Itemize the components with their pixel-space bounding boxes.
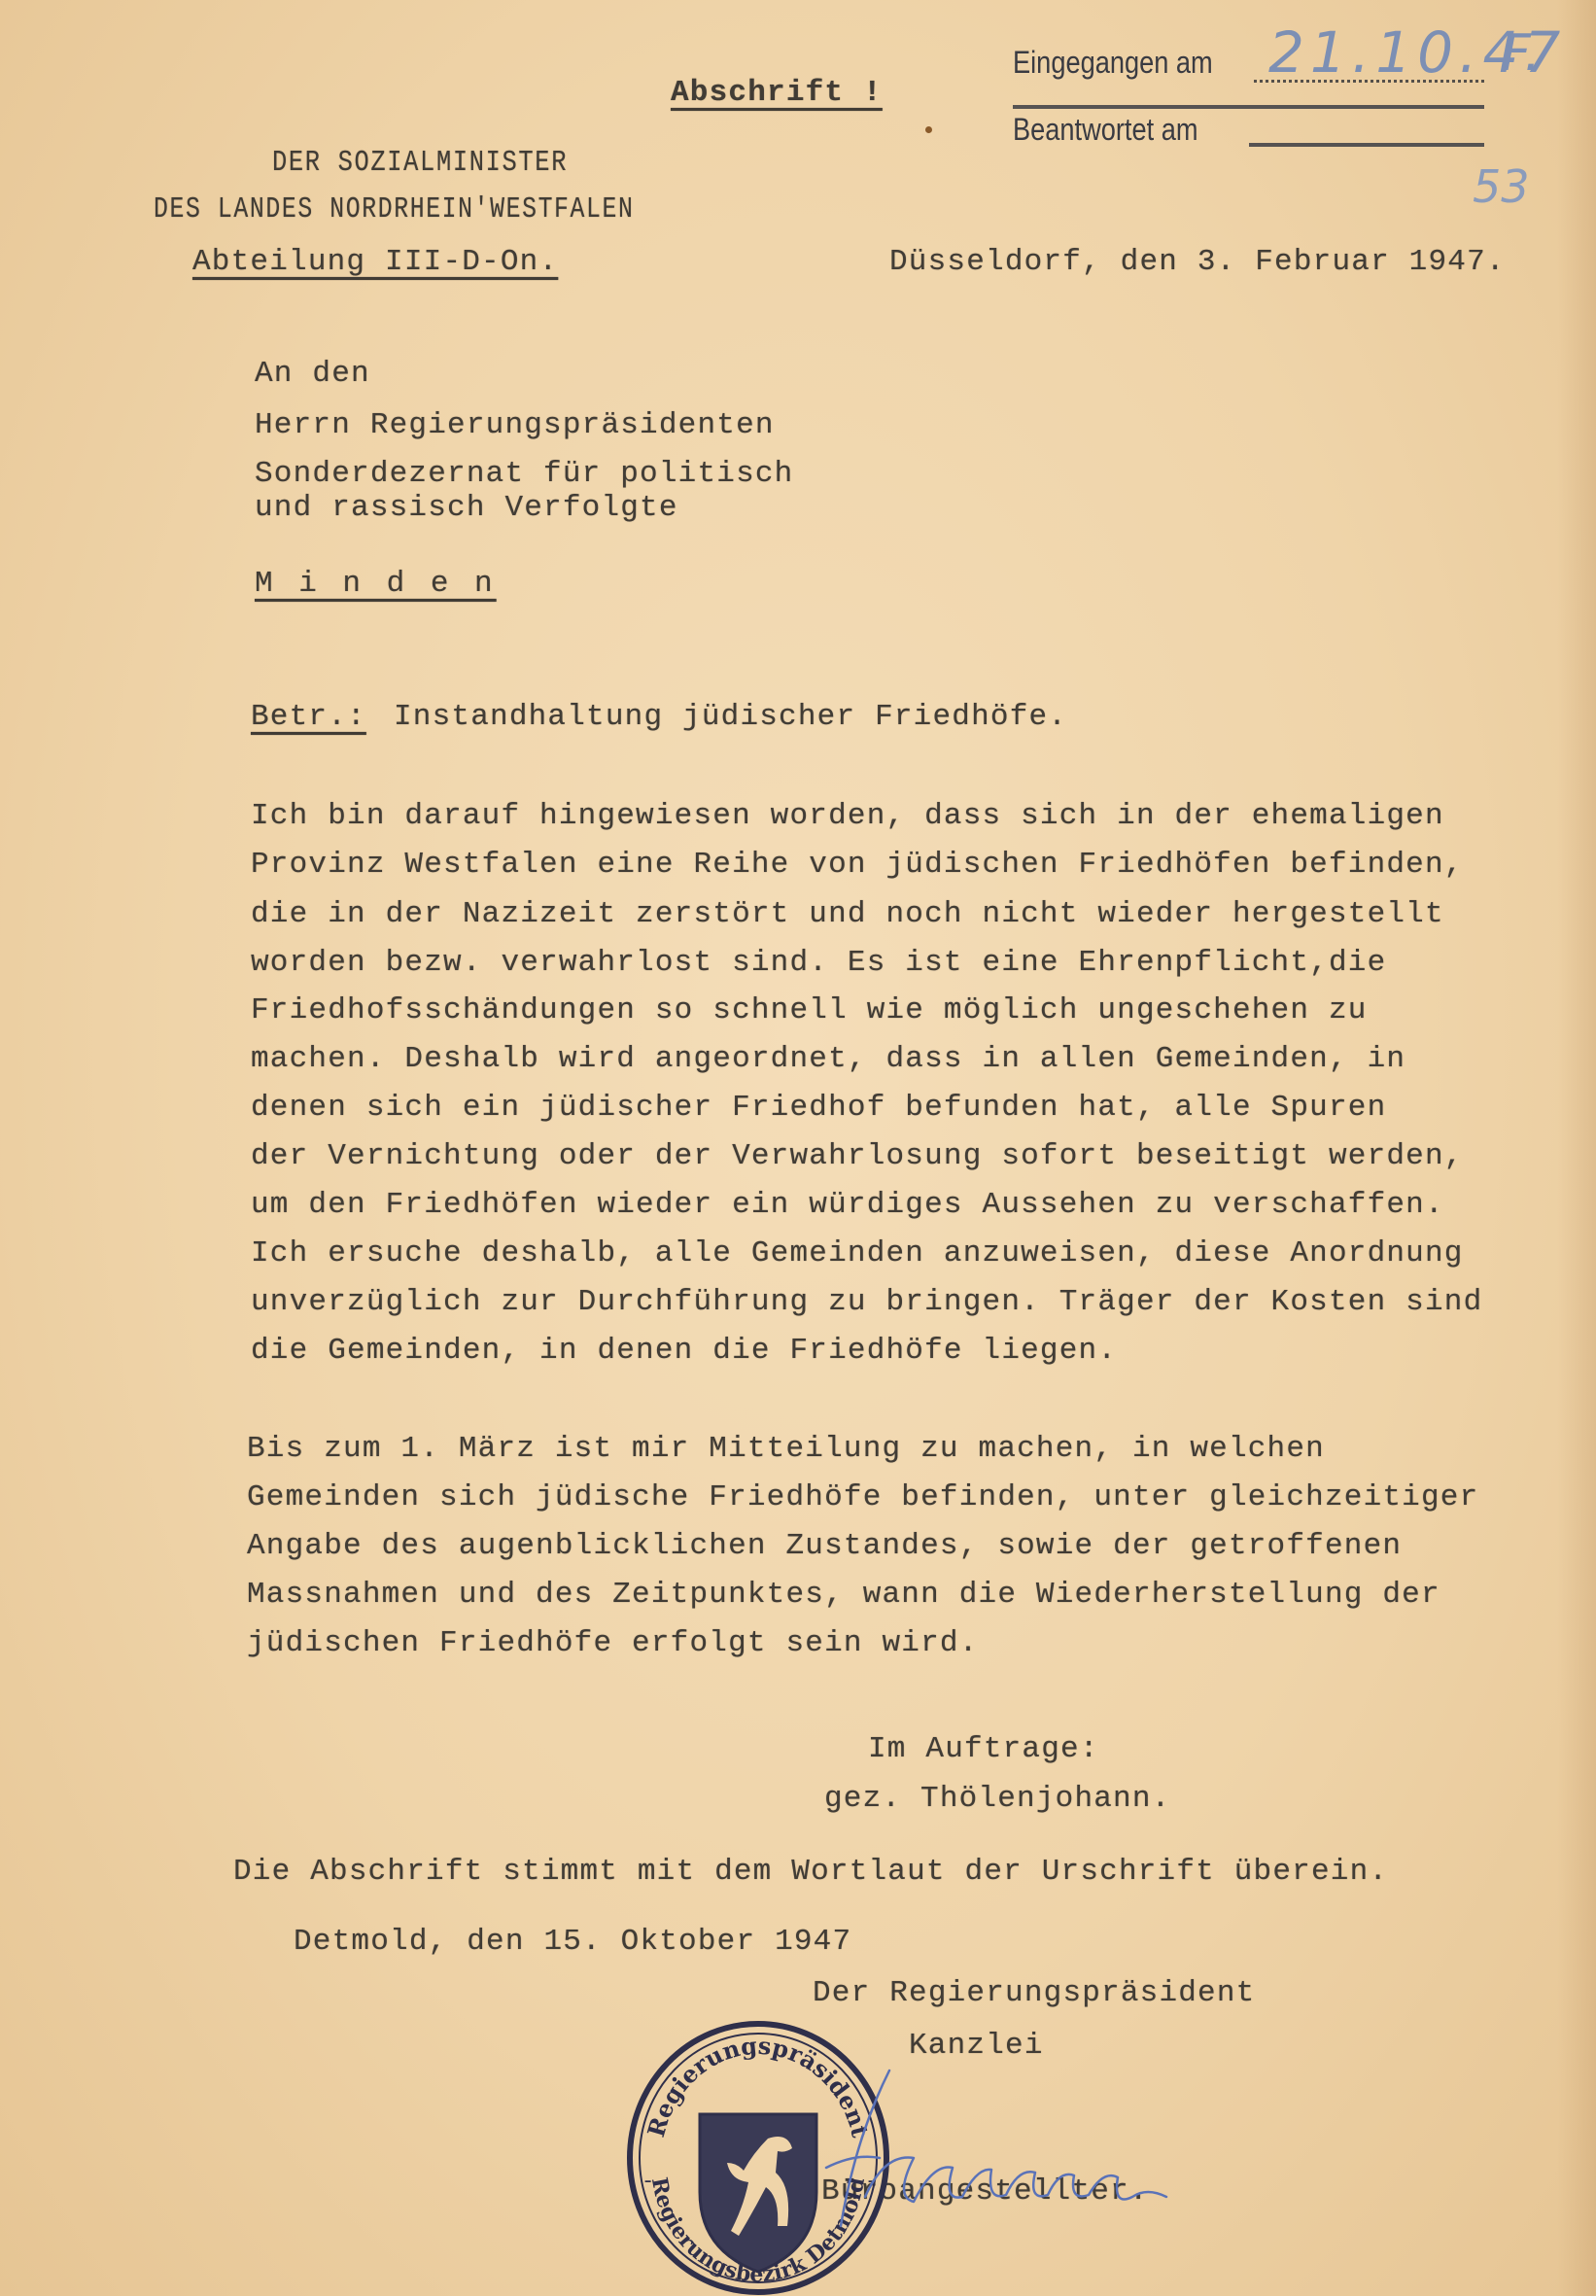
- paragraph-line: denen sich ein jüdischer Friedhof befund…: [251, 1091, 1386, 1125]
- sender-line-1: DER SOZIALMINISTER: [272, 146, 568, 180]
- paragraph-line: machen. Deshalb wird angeordnet, dass in…: [251, 1042, 1405, 1076]
- paragraph-line: Provinz Westfalen eine Reihe von jüdisch…: [251, 848, 1464, 882]
- paragraph-line: unverzüglich zur Durchführung zu bringen…: [251, 1285, 1482, 1319]
- paragraph-line: die in der Nazizeit zerstört und noch ni…: [251, 897, 1444, 931]
- paragraph-line: jüdischen Friedhöfe erfolgt sein wird.: [247, 1626, 979, 1660]
- paragraph-line: Ich bin darauf hingewiesen worden, dass …: [251, 799, 1444, 833]
- copy-marker: Abschrift !: [671, 76, 883, 110]
- paragraph-line: Bis zum 1. März ist mir Mitteilung zu ma…: [247, 1432, 1325, 1466]
- certification-text: Die Abschrift stimmt mit dem Wortlaut de…: [233, 1855, 1388, 1889]
- received-label: Eingegangen am: [1013, 45, 1213, 81]
- paper-edge-shadow: [1557, 0, 1596, 2296]
- paragraph-line: worden bezw. verwahrlost sind. Es ist ei…: [251, 946, 1386, 980]
- paragraph-line: Massnahmen und des Zeitpunktes, wann die…: [247, 1578, 1440, 1612]
- by-order-label: Im Auftrage:: [868, 1732, 1099, 1766]
- paragraph-line: um den Friedhöfen wieder ein würdiges Au…: [251, 1188, 1444, 1222]
- folio-number: 53: [1473, 160, 1530, 213]
- paragraph-line: Ich ersuche deshalb, alle Gemeinden anzu…: [251, 1236, 1464, 1270]
- recipient-city: M i n d e n: [255, 567, 497, 601]
- subject-text: Instandhaltung jüdischer Friedhöfe.: [394, 700, 1067, 734]
- svg-text:-: -: [642, 2170, 654, 2194]
- paragraph-line: Gemeinden sich jüdische Friedhöfe befind…: [247, 1480, 1478, 1514]
- recipient-line-2: Herrn Regierungspräsidenten: [255, 408, 775, 442]
- certifier-line-1: Der Regierungspräsident: [813, 1976, 1255, 2010]
- received-initials-handwritten: F.: [1502, 24, 1541, 83]
- subject-label: Betr.:: [251, 700, 366, 734]
- recipient-line-4: und rassisch Verfolgte: [255, 491, 678, 525]
- recipient-line-3: Sonderdezernat für politisch: [255, 457, 794, 491]
- answered-label: Beantwortet am: [1013, 112, 1197, 148]
- paragraph-line: der Vernichtung oder der Verwahrlosung s…: [251, 1139, 1464, 1173]
- certification-place-date: Detmold, den 15. Oktober 1947: [294, 1925, 851, 1959]
- sender-line-2: DES LANDES NORDRHEIN'WESTFALEN: [154, 192, 634, 226]
- ink-dot: [925, 126, 932, 133]
- stamp-divider: [1013, 105, 1484, 109]
- handwritten-signature: [797, 2061, 1205, 2236]
- paragraph-line: Friedhofsschändungen so schnell wie mögl…: [251, 993, 1368, 1027]
- signed-name: gez. Thölenjohann.: [824, 1782, 1170, 1816]
- place-date: Düsseldorf, den 3. Februar 1947.: [889, 245, 1506, 279]
- sender-department: Abteilung III-D-On.: [192, 245, 558, 279]
- answered-line: [1249, 143, 1484, 147]
- certifier-line-2: Kanzlei: [909, 2029, 1044, 2063]
- paragraph-line: die Gemeinden, in denen die Friedhöfe li…: [251, 1334, 1117, 1368]
- paragraph-line: Angabe des augenblicklichen Zustandes, s…: [247, 1529, 1402, 1563]
- recipient-line-1: An den: [255, 357, 370, 391]
